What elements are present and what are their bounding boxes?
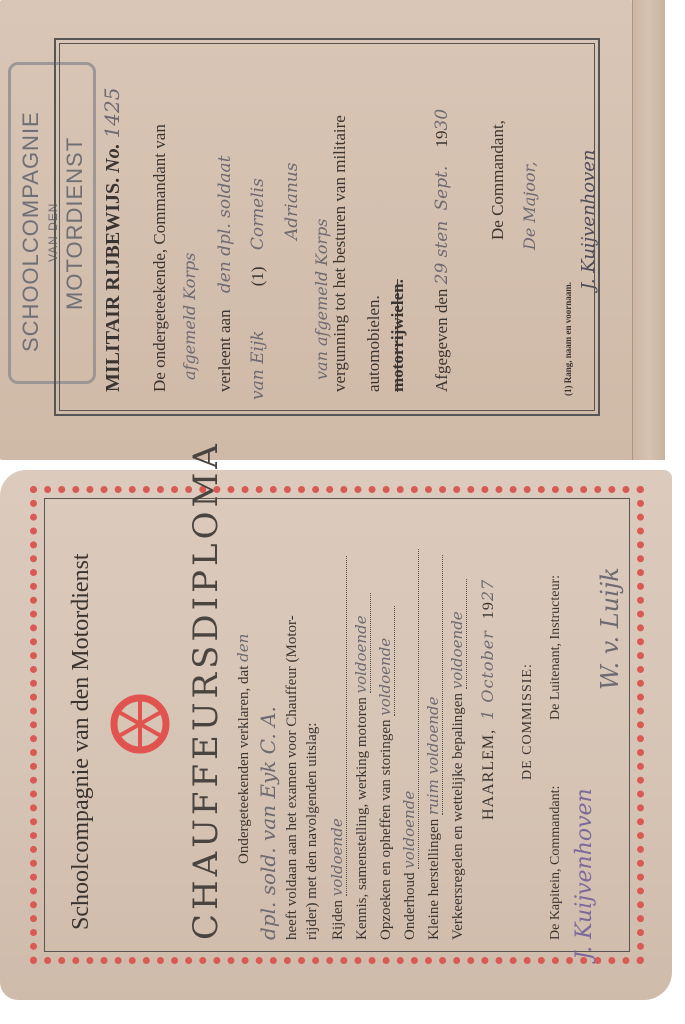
issued-line: Afgegeven den 29 sten Sept. 1930 — [432, 109, 452, 392]
footnote-marker: (1) — [248, 266, 267, 286]
signer-1-signature: J. Kuijvenhoven — [572, 788, 597, 960]
result-label: Verkeersregelen en wettelijke bepalingen — [450, 693, 466, 940]
line-1: De ondergeteekende, Commandant van — [150, 124, 170, 392]
body-line-2: rijder) met den navolgenden uitslag: — [304, 723, 321, 940]
body-line-1: heeft voldaan aan het examen voor Chauff… — [284, 615, 301, 940]
result-row: Opzoeken en opheffen van storingen voldo… — [376, 606, 395, 940]
result-row: Kleine herstellingen ruim voldoende — [424, 555, 443, 940]
intro-line: Ondergeteekenden verklaren, dat den — [234, 634, 253, 864]
result-value: voldoende — [376, 606, 395, 716]
candidate-name: dpl. sold. van Eyk C. A. — [256, 706, 280, 940]
date-handwritten: 1 October — [478, 630, 497, 720]
footnote: (1) Rang, naam en voornaam. — [563, 282, 573, 396]
issued-day: 29 sten — [432, 221, 452, 285]
option-automobiles: automobielen. — [364, 295, 384, 392]
result-row: Kennis, samenstelling, werking motoren v… — [352, 593, 371, 940]
signatory-title: De Commandant, — [488, 120, 508, 240]
result-label: Kleine herstellingen — [426, 819, 442, 940]
result-label: Rijden — [330, 900, 346, 940]
issued-month: Sept. — [432, 166, 452, 211]
option-motorcycles-struck: motorrijwielen. — [388, 279, 408, 392]
result-value: voldoende — [328, 556, 347, 896]
result-row: Rijden voldoende — [328, 556, 347, 940]
unit-handwritten: van afgemeld Korps — [312, 219, 331, 380]
first-name-handwritten: Cornelis — [248, 178, 268, 250]
issued-year: 30 — [432, 109, 452, 131]
document-title: MILITAIR RIJBEWIJS. — [102, 178, 124, 392]
result-label: Kennis, samenstelling, werking motoren — [354, 697, 370, 940]
diploma-header: Schoolcompagnie van den Motordienst — [68, 553, 95, 930]
result-value: voldoende — [352, 593, 371, 693]
signer-2-title: De Luitenant, Instructeur: — [548, 575, 564, 720]
militair-rijbewijs-card: SCHOOLCOMPAGNIE VAN DEN MOTORDIENST MILI… — [0, 0, 636, 460]
commission-label: DE COMMISSIE: — [520, 663, 536, 780]
issued-year-prefix: 19 — [432, 130, 451, 147]
number-prefix: No. — [102, 143, 124, 172]
result-label: Onderhoud — [402, 873, 418, 941]
result-value: voldoende — [400, 549, 419, 869]
license-number: 1425 — [100, 88, 124, 139]
intro-handwritten: den — [234, 634, 252, 662]
year-prefix: 19 — [480, 601, 497, 619]
result-value: ruim voldoende — [424, 555, 443, 815]
result-row: Verkeersregelen en wettelijke bepalingen… — [448, 579, 467, 940]
line-5: vergunning tot het besturen van militair… — [330, 115, 350, 392]
stamp-line-1: SCHOOLCOMPAGNIE — [18, 111, 44, 352]
result-row: Onderhoud voldoende — [400, 549, 419, 940]
line-1-handwritten: afgemeld Korps — [180, 60, 199, 380]
signer-2-signature: W. v. Luijk — [596, 567, 624, 690]
signer-1-title: De Kapitein, Commandant: — [548, 786, 564, 940]
diploma-title: CHAUFFEURSDIPLOMA — [186, 440, 226, 940]
result-label: Opzoeken en opheffen van storingen — [378, 720, 394, 940]
surname-handwritten: van Eijk — [248, 330, 268, 400]
middle-name-handwritten: Adrianus — [282, 163, 302, 240]
result-value: voldoende — [448, 579, 467, 689]
place-date-line: HAARLEM, 1 October 1927 — [478, 579, 498, 820]
line-3: van Eijk (1) Cornelis — [248, 178, 268, 400]
title-line: MILITAIR RIJBEWIJS. No. 1425 — [100, 88, 125, 392]
red-wheel-icon — [110, 694, 170, 754]
year-handwritten: 27 — [478, 579, 497, 601]
line-2-handwritten: den dpl. soldaat — [215, 155, 235, 293]
line-2-text: verleent aan — [215, 309, 234, 392]
commander-signature: J. Kuijvenhoven — [578, 149, 599, 290]
place: HAARLEM, — [480, 729, 497, 820]
folded-flap — [632, 0, 665, 460]
intro-text: Ondergeteekenden verklaren, dat — [236, 666, 252, 864]
signatory-rank-handwritten: De Majoor, — [520, 161, 539, 250]
issued-label: Afgegeven den — [432, 289, 451, 392]
line-2-label: verleent aan den dpl. soldaat — [215, 155, 235, 392]
